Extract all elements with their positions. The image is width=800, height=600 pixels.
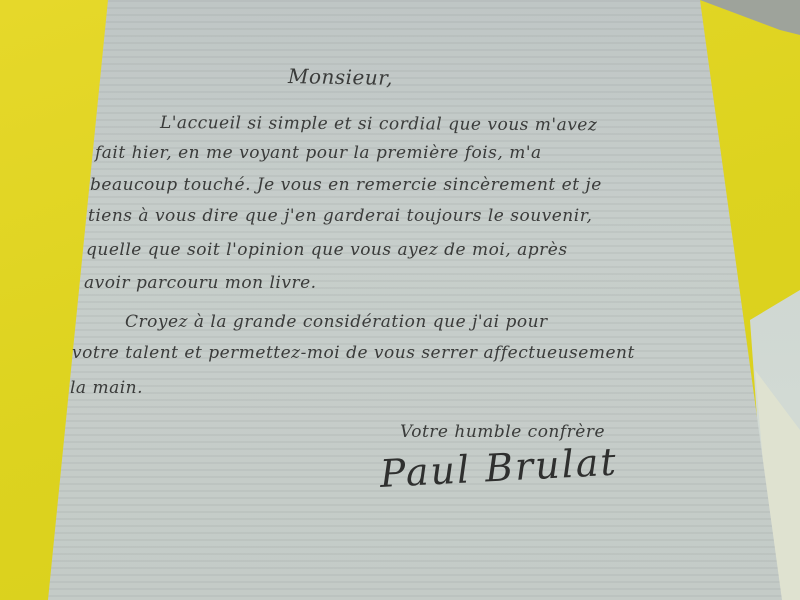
letter-line: L'accueil si simple et si cordial que vo… [160,113,597,135]
letter-line: la main. [70,378,143,398]
letter-line: votre talent et permettez-moi de vous se… [72,343,635,363]
letter-closing: Votre humble confrère [400,422,605,442]
letter-line: quelle que soit l'opinion que vous ayez … [86,240,568,260]
letter-line: tiens à vous dire que j'en garderai touj… [88,206,592,226]
letter-line: avoir parcouru mon livre. [84,273,317,293]
letter-line: beaucoup touché. Je vous en remercie sin… [90,175,602,195]
letter-paper [0,0,800,600]
letter-line: fait hier, en me voyant pour la première… [95,143,542,163]
letter-line: Croyez à la grande considération que j'a… [125,312,548,332]
letter-salutation: Monsieur, [288,64,393,90]
